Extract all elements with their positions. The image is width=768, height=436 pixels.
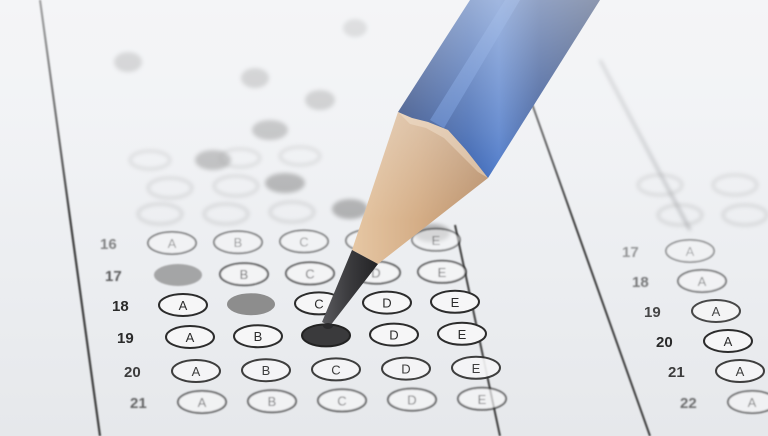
right-answer-column: 17A18A19A20A21A22A: [622, 240, 768, 413]
answer-bubble-b[interactable]: B: [220, 263, 268, 285]
svg-text:D: D: [407, 393, 416, 408]
answer-sheet-photo: 16ABCDE17BCDE18ACDE19ABDE20ABCDE21ABCDE …: [0, 0, 768, 436]
photo-scene: 16ABCDE17BCDE18ACDE19ABDE20ABCDE21ABCDE …: [0, 0, 768, 436]
svg-text:C: C: [331, 362, 340, 377]
question-number: 19: [644, 304, 661, 321]
answer-row: 21A: [668, 360, 764, 382]
svg-text:B: B: [268, 394, 277, 409]
answer-bubble-e[interactable]: E: [458, 388, 506, 410]
svg-text:A: A: [686, 244, 695, 259]
answer-bubble-a[interactable]: A: [172, 360, 220, 382]
answer-bubble-a[interactable]: A: [666, 240, 714, 262]
answer-bubble-c[interactable]: C: [286, 262, 334, 284]
svg-text:E: E: [432, 233, 441, 248]
svg-text:A: A: [179, 298, 188, 313]
svg-text:D: D: [401, 362, 410, 377]
answer-bubble-e[interactable]: E: [452, 357, 500, 379]
answer-bubble-e[interactable]: E: [431, 291, 479, 313]
question-number: 17: [105, 268, 122, 285]
svg-text:B: B: [262, 363, 271, 378]
answer-bubble-c[interactable]: C: [280, 230, 328, 252]
answer-bubble-d[interactable]: D: [370, 324, 418, 346]
answer-bubble-a[interactable]: A: [166, 326, 214, 348]
answer-row: 19A: [644, 300, 740, 322]
svg-text:E: E: [458, 327, 467, 342]
svg-text:B: B: [254, 329, 263, 344]
question-number: 20: [124, 364, 141, 381]
svg-text:D: D: [389, 328, 398, 343]
question-number: 17: [622, 244, 639, 261]
question-number: 21: [668, 364, 685, 381]
svg-text:A: A: [168, 236, 177, 251]
answer-bubble-c[interactable]: C: [318, 389, 366, 411]
answer-bubble-e[interactable]: E: [438, 323, 486, 345]
question-number: 18: [632, 274, 649, 291]
question-number: 21: [130, 395, 147, 412]
svg-text:C: C: [314, 296, 323, 311]
answer-row: 19ABDE: [117, 323, 486, 348]
svg-text:E: E: [472, 361, 481, 376]
svg-text:A: A: [712, 304, 721, 319]
answer-row: 17BCDE: [105, 261, 466, 286]
answer-bubble-d[interactable]: D: [388, 389, 436, 411]
svg-text:E: E: [478, 392, 487, 407]
svg-text:E: E: [451, 295, 460, 310]
answer-bubble-a[interactable]: A: [678, 270, 726, 292]
answer-bubble-a[interactable]: A: [716, 360, 764, 382]
answer-bubble-a[interactable]: [154, 264, 202, 286]
svg-text:D: D: [382, 296, 391, 311]
svg-text:C: C: [299, 234, 308, 249]
answer-bubble-e[interactable]: E: [412, 229, 460, 251]
question-number: 22: [680, 395, 697, 412]
answer-row: 18ACDE: [112, 291, 479, 316]
answer-row: 18A: [632, 270, 726, 292]
answer-bubble-d[interactable]: D: [363, 292, 411, 314]
answer-bubble-b[interactable]: B: [214, 231, 262, 253]
svg-text:A: A: [748, 395, 757, 410]
answer-row: 20A: [656, 330, 752, 352]
answer-bubble-b[interactable]: B: [242, 359, 290, 381]
svg-text:A: A: [192, 364, 201, 379]
svg-text:B: B: [240, 267, 249, 282]
answer-bubble-a[interactable]: A: [159, 294, 207, 316]
answer-bubble-a[interactable]: A: [704, 330, 752, 352]
svg-text:A: A: [698, 274, 707, 289]
svg-text:C: C: [305, 266, 314, 281]
question-number: 18: [112, 298, 129, 315]
svg-text:C: C: [337, 393, 346, 408]
answer-bubble-a[interactable]: A: [178, 391, 226, 413]
question-number: 19: [117, 330, 134, 347]
answer-bubble-a[interactable]: A: [148, 232, 196, 254]
answer-bubble-a[interactable]: A: [728, 391, 768, 413]
answer-bubble-b[interactable]: B: [248, 390, 296, 412]
answer-bubble-e[interactable]: E: [418, 261, 466, 283]
left-answer-column: 16ABCDE17BCDE18ACDE19ABDE20ABCDE21ABCDE: [100, 229, 506, 413]
question-number: 20: [656, 334, 673, 351]
answer-row: 21ABCDE: [130, 388, 506, 413]
answer-row: 20ABCDE: [124, 357, 500, 382]
answer-bubble-d[interactable]: D: [382, 358, 430, 380]
answer-row: 17A: [622, 240, 714, 262]
svg-text:A: A: [724, 334, 733, 349]
svg-text:A: A: [198, 395, 207, 410]
answer-bubble-a[interactable]: A: [692, 300, 740, 322]
svg-text:E: E: [438, 265, 447, 280]
svg-text:B: B: [234, 235, 243, 250]
svg-text:A: A: [186, 330, 195, 345]
svg-text:A: A: [736, 364, 745, 379]
answer-bubble-c[interactable]: C: [312, 358, 360, 380]
question-number: 16: [100, 236, 117, 253]
answer-bubble-b[interactable]: [227, 293, 275, 315]
answer-row: 22A: [680, 391, 768, 413]
answer-bubble-b[interactable]: B: [234, 325, 282, 347]
